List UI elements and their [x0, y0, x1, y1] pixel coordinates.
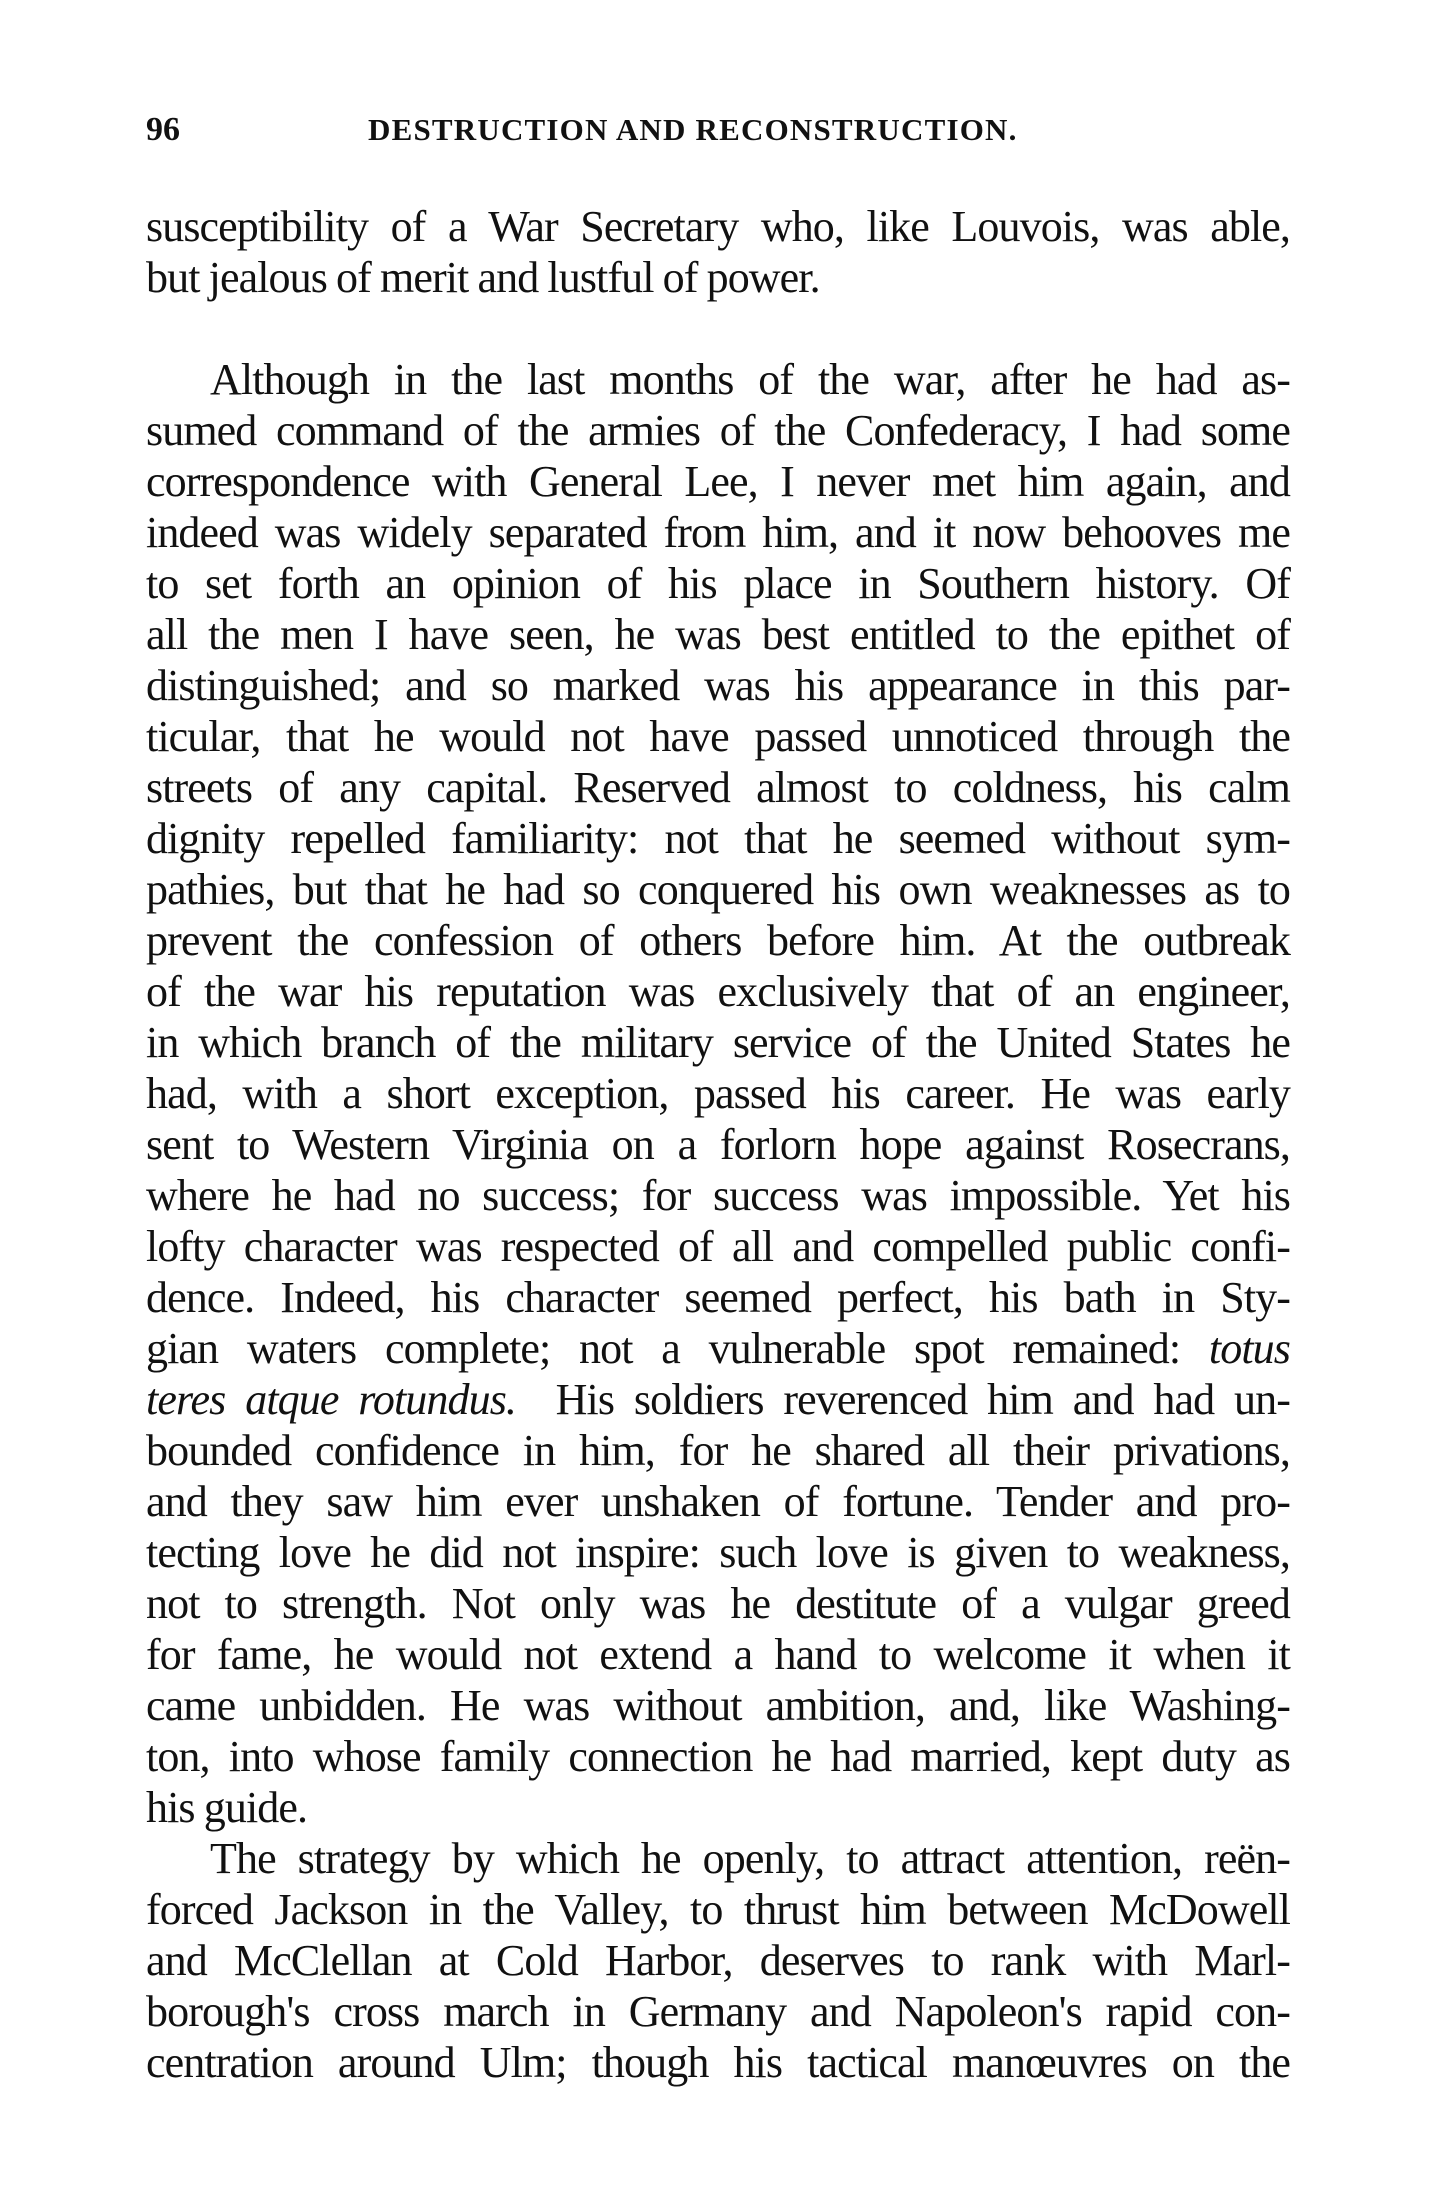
paragraph-continued: susceptibility of a War Secretary who, l…: [146, 201, 1290, 303]
text-line: of the war his reputation was exclusivel…: [146, 966, 1290, 1017]
text-line: susceptibility of a War Secretary who, l…: [146, 201, 1290, 252]
text-line: forced Jackson in the Valley, to thrust …: [146, 1884, 1290, 1935]
text-line: but jealous of merit and lustful of powe…: [146, 252, 1290, 303]
text-line: in which branch of the military service …: [146, 1017, 1290, 1068]
text-line-with-italic: gian waters complete; not a vulnerable s…: [146, 1323, 1290, 1374]
text-line: came unbidden. He was without ambition, …: [146, 1680, 1290, 1731]
running-head: 96 DESTRUCTION AND RECONSTRUCTION.: [146, 108, 1290, 152]
text-line: to set forth an opinion of his place in …: [146, 558, 1290, 609]
text-line: ticular, that he would not have passed u…: [146, 711, 1290, 762]
paragraph-lee-character: Although in the last months of the war, …: [146, 354, 1290, 2088]
text-line: and McClellan at Cold Harbor, deserves t…: [146, 1935, 1290, 1986]
text-line: all the men I have seen, he was best ent…: [146, 609, 1290, 660]
text-line: centration around Ulm; though his tactic…: [146, 2037, 1290, 2088]
text-line: ton, into whose family connection he had…: [146, 1731, 1290, 1782]
text-line: and they saw him ever unshaken of fortun…: [146, 1476, 1290, 1527]
text-line: borough's cross march in Germany and Nap…: [146, 1986, 1290, 2037]
text-line: not to strength. Not only was he destitu…: [146, 1578, 1290, 1629]
text-line: pathies, but that he had so conquered hi…: [146, 864, 1290, 915]
text-line: correspondence with General Lee, I never…: [146, 456, 1290, 507]
text-segment: His soldiers reverenced him and had un-: [556, 1375, 1290, 1424]
running-title: DESTRUCTION AND RECONSTRUCTION.: [368, 108, 1018, 152]
text-line: tecting love he did not inspire: such lo…: [146, 1527, 1290, 1578]
text-line: sent to Western Virginia on a forlorn ho…: [146, 1119, 1290, 1170]
text-line: where he had no success; for success was…: [146, 1170, 1290, 1221]
text-line: Although in the last months of the war, …: [146, 354, 1290, 405]
text-line: The strategy by which he openly, to attr…: [146, 1833, 1290, 1884]
text-line: bounded confidence in him, for he shared…: [146, 1425, 1290, 1476]
text-line: had, with a short exception, passed his …: [146, 1068, 1290, 1119]
latin-phrase-italic: totus: [1209, 1324, 1290, 1373]
text-line: sumed command of the armies of the Confe…: [146, 405, 1290, 456]
text-line: his guide.: [146, 1782, 1290, 1833]
text-line: streets of any capital. Reserved almost …: [146, 762, 1290, 813]
text-line: for fame, he would not extend a hand to …: [146, 1629, 1290, 1680]
page-number: 96: [146, 108, 180, 152]
text-line-with-italic: teres atque rotundus. His soldiers rever…: [146, 1374, 1290, 1425]
text-line: distinguished; and so marked was his app…: [146, 660, 1290, 711]
text-segment: gian waters complete; not a vulnerable s…: [146, 1324, 1180, 1373]
latin-phrase-italic: teres atque rotundus.: [146, 1375, 516, 1424]
text-line: indeed was widely separated from him, an…: [146, 507, 1290, 558]
text-line: lofty character was respected of all and…: [146, 1221, 1290, 1272]
text-line: dence. Indeed, his character seemed perf…: [146, 1272, 1290, 1323]
text-line: prevent the confession of others before …: [146, 915, 1290, 966]
text-line: dignity repelled familiarity: not that h…: [146, 813, 1290, 864]
